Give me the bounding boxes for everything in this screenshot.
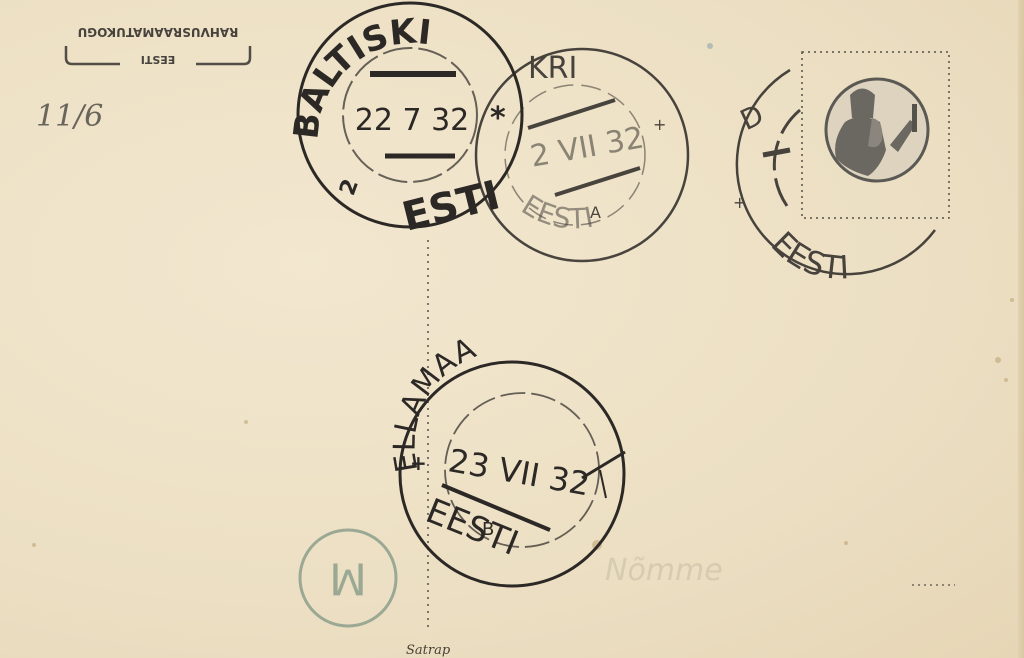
- postmark-3-country: EESTI: [764, 224, 850, 287]
- postmark-1-ornament: *: [490, 101, 506, 136]
- censor-mark-letter: M: [329, 553, 367, 604]
- faded-address: Nõmme: [605, 553, 723, 588]
- postmark-4-country: EESTI: [420, 491, 523, 564]
- postmark-1-date: 22 7 32: [355, 103, 470, 138]
- postmark-4-ornament: +: [410, 451, 427, 475]
- postmark-3-ornament: +: [733, 193, 746, 212]
- postcard-back: EESTI RAHVUSRAAMATUKOGU 11/6 Nõmme B: [0, 0, 1024, 658]
- censor-mark: M: [300, 530, 396, 626]
- cachet-line1: RAHVUSRAAMATUKOGU: [78, 25, 239, 39]
- postmark-ellamaa: ELLAMAA + 23 VII 32 B EESTI: [387, 331, 625, 586]
- publisher-imprint: Satrap: [406, 643, 451, 658]
- postcard-markings: EESTI RAHVUSRAAMATUKOGU 11/6 Nõmme B: [0, 0, 1024, 658]
- postmark-kri: KRI 2 VII 32 A + EESTI: [476, 49, 688, 261]
- cachet-line2: EESTI: [141, 53, 176, 66]
- stamp-indicium: [802, 52, 949, 218]
- handwritten-note: 11/6: [36, 99, 103, 134]
- postmark-2-ring-text: KRI: [528, 51, 577, 86]
- postmark-2-ornament: +: [653, 115, 666, 134]
- postmark-1-letter: 2: [335, 176, 364, 199]
- postmark-2-date: 2 VII 32: [528, 120, 647, 174]
- library-cachet: EESTI RAHVUSRAAMATUKOGU: [66, 25, 250, 66]
- postmark-baltiski: BALTISKI 22 7 32 * ESTI 2: [286, 3, 522, 241]
- postmark-3-ring-text: D: [735, 98, 768, 137]
